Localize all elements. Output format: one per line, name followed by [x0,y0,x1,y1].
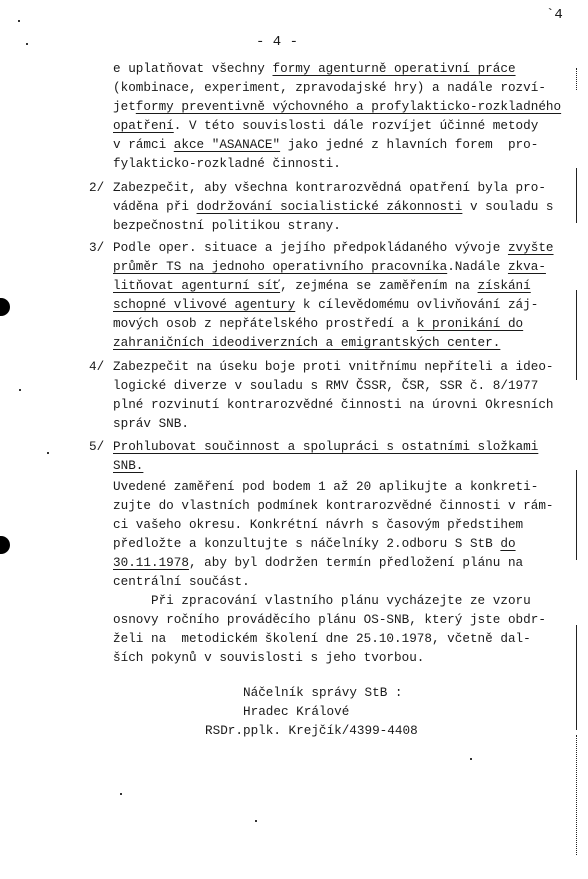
item4-line: Zabezpečit na úseku boje proti vnitřnímu… [113,357,554,376]
scan-speck [19,389,21,391]
closing-paragraph-line: Při zpracování vlastního plánu vycházejt… [113,591,531,610]
item1-line: jetformy preventivně výchovného a profyl… [113,97,561,116]
scan-speck [26,43,28,45]
closing-paragraph-line: předložte a konzultujte s náčelníky 2.od… [113,534,516,553]
item3-line: průměr TS na jednoho operativního pracov… [113,257,546,276]
item4-line: správ SNB. [113,414,189,433]
item1-line: opatření. V této souvislosti dále rozvíj… [113,116,538,135]
item4-number: 4/ [89,357,104,376]
closing-paragraph-line: Uvedené zaměření pod bodem 1 až 20 aplik… [113,477,538,496]
page-edge-line [576,168,578,223]
page-edge-line [576,68,578,90]
item4-line: plné rozvinutí kontrarozvědné činnosti n… [113,395,554,414]
hole-punch-mark [0,536,10,554]
item2-line: váděna při dodržování socialistické záko… [113,197,554,216]
scan-speck [120,793,122,795]
item2-number: 2/ [89,178,104,197]
item5-line: SNB. [113,456,143,475]
closing-paragraph-line: centrální součást. [113,572,250,591]
item2-line: Zabezpečit, aby všechna kontrarozvědná o… [113,178,546,197]
item4-line: logické diverze v souladu s RMV ČSSR, ČS… [113,376,538,395]
page-edge-line [576,470,578,560]
item3-number: 3/ [89,238,104,257]
item3-line: schopné vlivové agentury k cílevědomému … [113,295,538,314]
item3-line: zahraničních ideodiverzních a emigrantsk… [113,333,500,352]
signature-location: Hradec Králové [243,702,349,721]
page-edge-line [576,625,578,730]
page-number: - 4 - [256,33,298,52]
item3-line: Podle oper. situace a jejího předpokláda… [113,238,554,257]
item3-line: litňovat agenturní síť, zejména se zaměř… [113,276,531,295]
closing-paragraph-line: ci vašeho okresu. Konkrétní návrh s časo… [113,515,523,534]
item3-line: mových osob z nepřátelského prostředí a … [113,314,523,333]
item5-number: 5/ [89,437,104,456]
closing-paragraph-line: 30.11.1978, aby byl dodržen termín předl… [113,553,523,572]
closing-paragraph-line: želi na metodickém školení dne 25.10.197… [113,629,531,648]
closing-paragraph-line: ších pokynů v souvislosti s jeho tvorbou… [113,648,424,667]
page-edge-line [576,290,578,380]
hole-punch-mark [0,298,10,316]
scanned-document-page: `4 - 4 - e uplatňovat všechny formy agen… [0,0,588,879]
signature-name: RSDr.pplk. Krejčík/4399-4408 [205,721,418,740]
closing-paragraph-line: zujte do vlastních podmínek kontrarozvěd… [113,496,554,515]
page-edge-line [576,735,578,855]
scan-speck [18,20,20,22]
signature-title: Náčelník správy StB : [243,683,403,702]
corner-page-mark: `4 [546,6,563,25]
scan-speck [47,452,49,454]
closing-paragraph-line: osnovy ročního prováděcího plánu OS-SNB,… [113,610,546,629]
item1-line: (kombinace, experiment, zpravodajské hry… [113,78,546,97]
item1-line: e uplatňovat všechny formy agenturně ope… [113,59,516,78]
item2-line: bezpečnostní politikou strany. [113,216,341,235]
item1-line: fylakticko-rozkladné činnosti. [113,154,341,173]
scan-speck [470,758,472,760]
item5-line: Prohlubovat součinnost a spolupráci s os… [113,437,538,456]
scan-speck [255,820,257,822]
item1-line: v rámci akce "ASANACE" jako jedné z hlav… [113,135,538,154]
